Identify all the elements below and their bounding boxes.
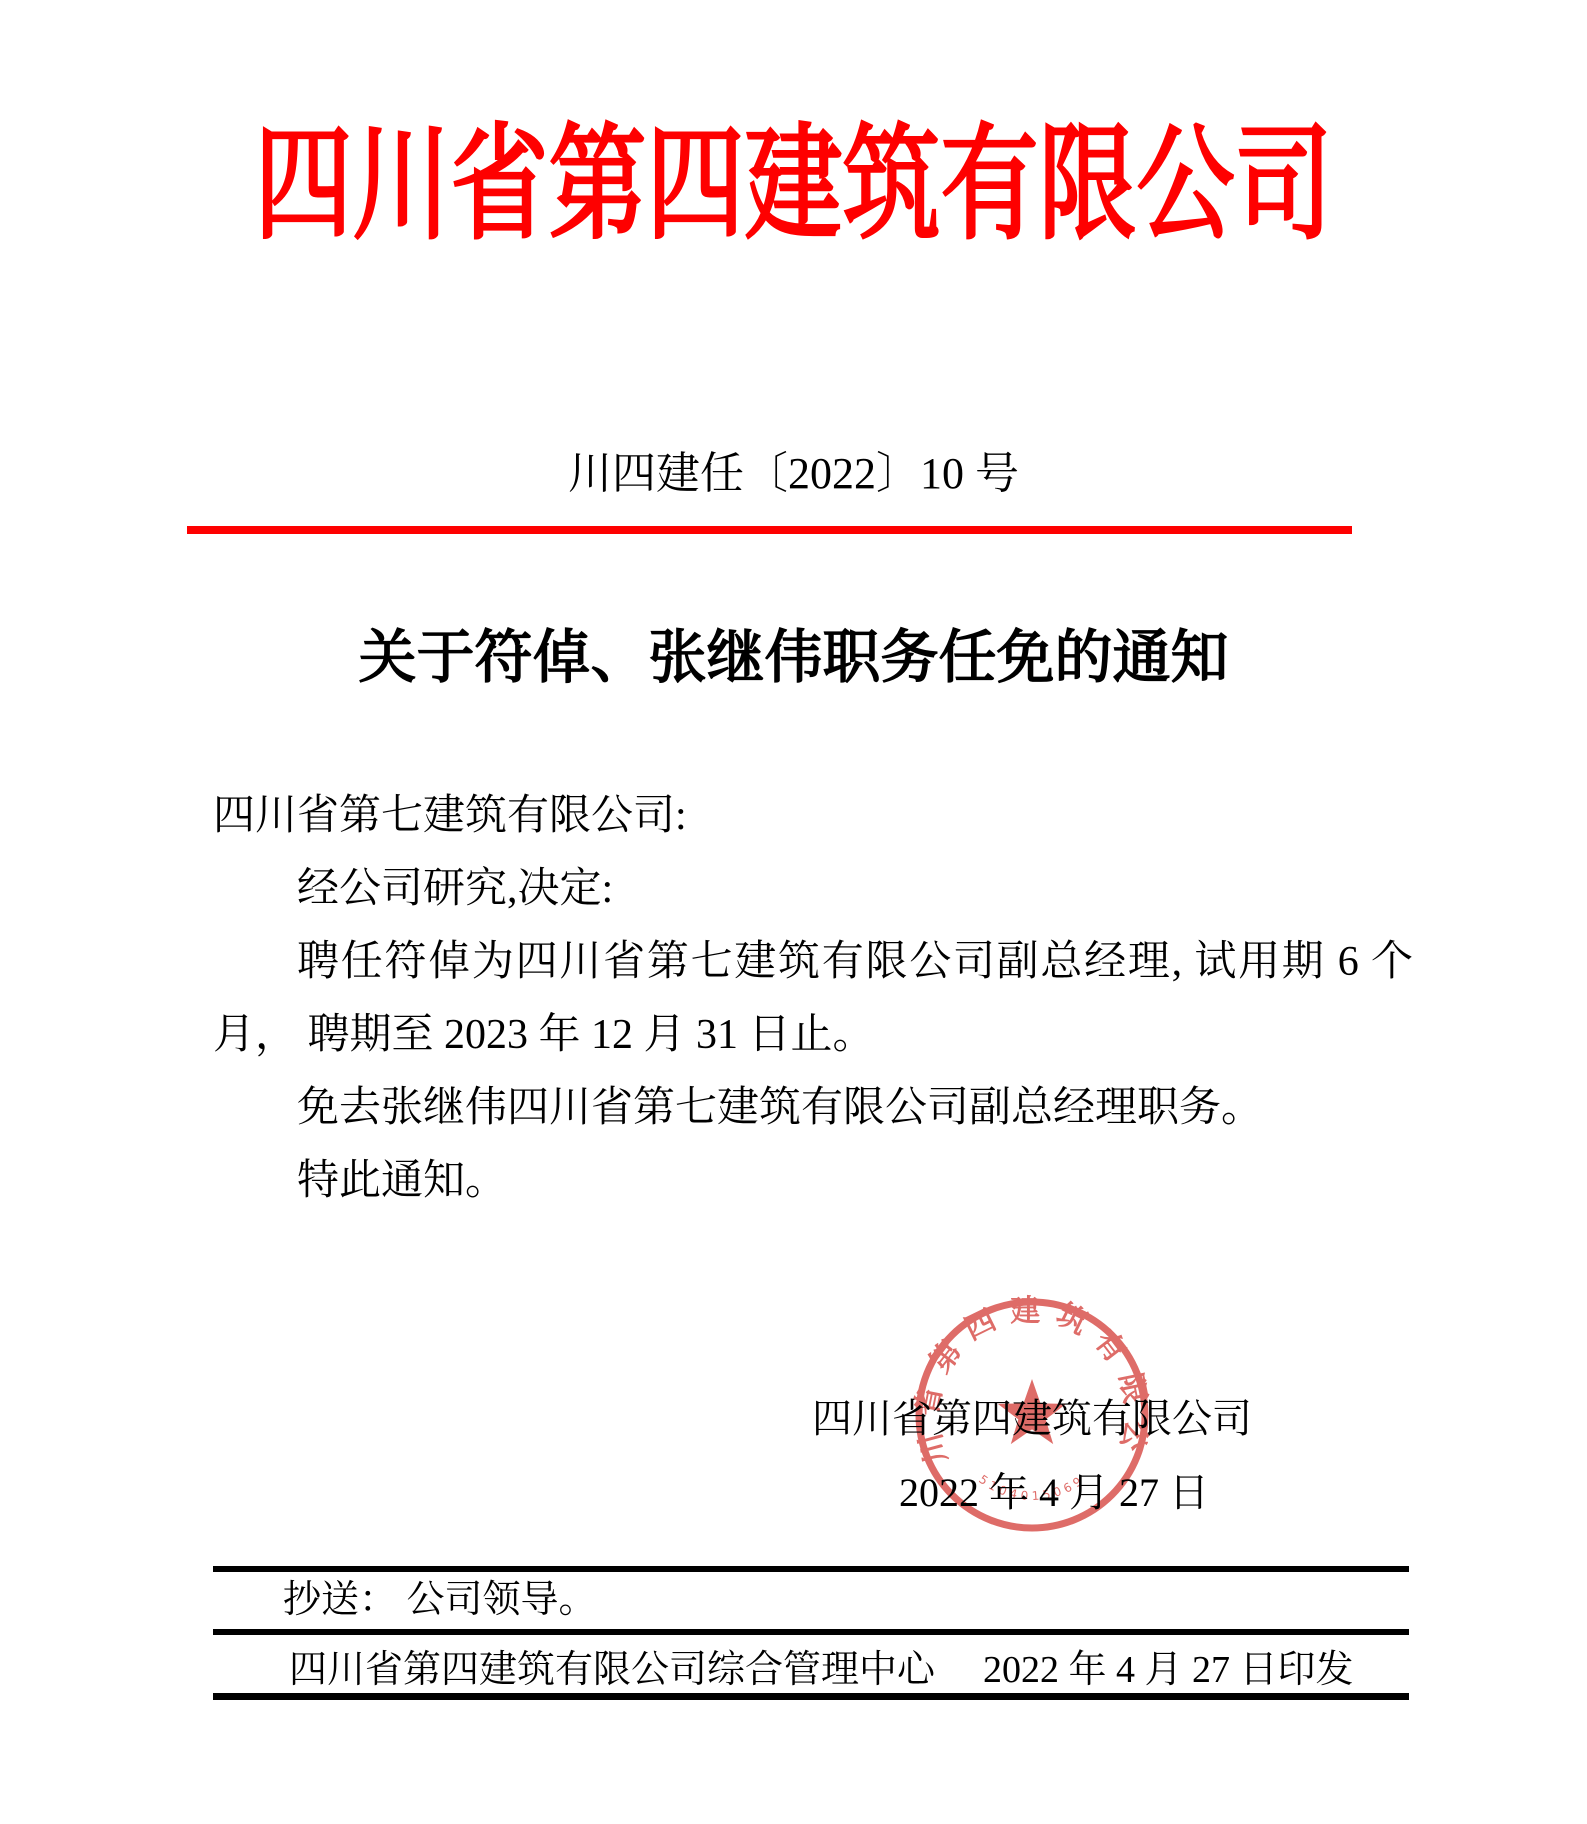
body-salutation: 四川省第七建筑有限公司: (213, 780, 1413, 853)
body-paragraph: 免去张继伟四川省第七建筑有限公司副总经理职务。 (213, 1072, 1413, 1145)
document-body: 四川省第七建筑有限公司: 经公司研究,决定: 聘任符倬为四川省第七建筑有限公司副… (213, 780, 1413, 1218)
signature-date: 2022 年 4 月 27 日 (898, 1470, 1210, 1516)
document-number: 川四建任〔2022〕10 号 (0, 450, 1587, 498)
footer-print-date: 2022 年 4 月 27 日印发 (983, 1648, 1354, 1692)
body-paragraph: 特此通知。 (213, 1145, 1413, 1218)
document-title: 关于符倬、张继伟职务任免的通知 (0, 622, 1587, 694)
footer-issuing-office: 四川省第四建筑有限公司综合管理中心 (289, 1648, 935, 1692)
red-divider-rule (187, 526, 1352, 534)
footer-rule-middle (213, 1629, 1409, 1635)
body-paragraph: 经公司研究,决定: (213, 853, 1413, 926)
notice-document-page: 四川省第四建筑有限公司 川四建任〔2022〕10 号 关于符倬、张继伟职务任免的… (0, 0, 1587, 1824)
footer-rule-top (213, 1566, 1409, 1572)
footer-rule-bottom (213, 1693, 1409, 1700)
body-paragraph: 聘任符倬为四川省第七建筑有限公司副总经理, 试用期 6 个月， 聘期至 2023… (213, 926, 1413, 1072)
signature-company-name: 四川省第四建筑有限公司 (812, 1396, 1252, 1442)
letterhead-company-name: 四川省第四建筑有限公司 (0, 124, 1587, 249)
footer-cc-line: 抄送： 公司领导。 (283, 1578, 597, 1622)
